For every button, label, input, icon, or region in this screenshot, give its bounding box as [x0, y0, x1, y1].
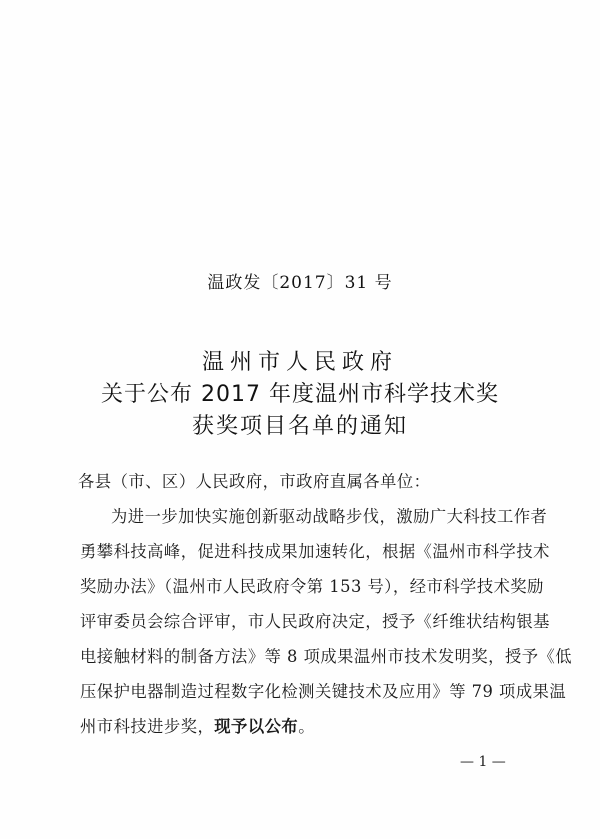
document-number: 温政发〔2017〕31 号: [0, 268, 600, 293]
body-line-3: 奖励办法》（温州市人民政府令第 153 号），经市科学技术奖励: [80, 573, 544, 597]
closing-period: 。: [298, 717, 315, 736]
document-title-line-2: 关于公布 2017 年度温州市科学技术奖: [0, 377, 600, 408]
page-number: — 1 —: [460, 754, 506, 770]
salutation: 各县（市、区）人民政府，市政府直属各单位：: [78, 468, 430, 492]
document-page: 温政发〔2017〕31 号 温州市人民政府 关于公布 2017 年度温州市科学技…: [0, 0, 600, 839]
body-line-2: 勇攀科技高峰，促进科技成果加速转化，根据《温州市科学技术: [80, 538, 550, 562]
body-line-7: 州市科技进步奖，现予以公布。: [80, 713, 315, 737]
document-title-line-3: 获奖项目名单的通知: [0, 409, 600, 440]
document-title-line-1: 温州市人民政府: [0, 345, 600, 376]
announcement-emphasis: 现予以公布: [214, 717, 298, 736]
body-line-5: 电接触材料的制备方法》等 8 项成果温州市技术发明奖，授予《低: [80, 643, 572, 667]
body-line-1: 为进一步加快实施创新驱动战略步伐，激励广大科技工作者: [111, 503, 547, 527]
body-line-4: 评审委员会综合评审，市人民政府决定，授予《纤维状结构银基: [80, 608, 550, 632]
body-line-7-text: 州市科技进步奖，: [80, 717, 214, 736]
body-line-6: 压保护电器制造过程数字化检测关键技术及应用》等 79 项成果温: [80, 678, 566, 702]
